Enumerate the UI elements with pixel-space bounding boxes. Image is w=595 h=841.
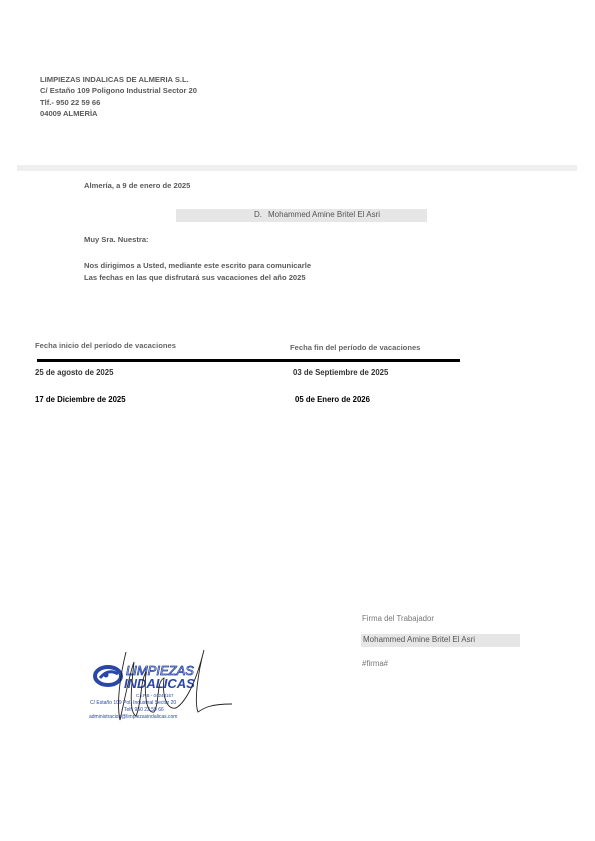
company-postal-city: 04009 ALMERÌA [40,108,197,119]
recipient-name: Mohammed Amine Britel El Asri [268,210,380,219]
body-line: Nos dirigimos a Usted, mediante este esc… [84,260,311,272]
company-stamp-signature: LIMPIEZAS INDALICAS C.I.F.B - 04248157 C… [86,642,236,726]
company-address: C/ Estaño 109 Poligono Industrial Sector… [40,85,197,96]
table-cell-end-date: 03 de Septiembre de 2025 [293,368,388,377]
signature-label: Firma del Trabajador [362,614,434,623]
stamp-email: administracion@limpiezasindalicas.com [89,714,177,720]
body-line: Las fechas en las que disfrutará sus vac… [84,272,311,284]
table-cell-end-date: 05 de Enero de 2026 [295,395,370,404]
letter-date: Almería, a 9 de enero de 2025 [84,181,190,190]
company-logo-icon [95,667,121,685]
stamp-cif: C.I.F.B - 04248157 [136,693,174,698]
company-header: LIMPIEZAS INDALICAS DE ALMERIA S.L. C/ E… [40,74,197,120]
table-header-rule [37,359,460,362]
column-header-start: Fecha inicio del período de vacaciones [35,341,176,350]
company-name: LIMPIEZAS INDALICAS DE ALMERIA S.L. [40,74,197,85]
stamp-address: C/ Estaño 109 Pol. Industrial Sector 20 [90,700,176,706]
signature-placeholder: #firma# [362,659,388,668]
column-header-end: Fecha fin del período de vacaciones [290,343,420,352]
recipient-prefix: D. [176,210,262,219]
salutation: Muy Sra. Nuestra: [84,235,149,244]
company-phone: Tlf.- 950 22 59 66 [40,97,197,108]
table-cell-start-date: 17 de Diciembre de 2025 [35,395,126,404]
stamp-phone: Telf. 950 22 59 66 [124,707,164,713]
header-divider-band [17,165,577,171]
letter-body: Nos dirigimos a Usted, mediante este esc… [84,260,311,285]
signature-worker-name: Mohammed Amine Britel El Asri [363,635,475,644]
table-cell-start-date: 25 de agosto de 2025 [35,368,113,377]
